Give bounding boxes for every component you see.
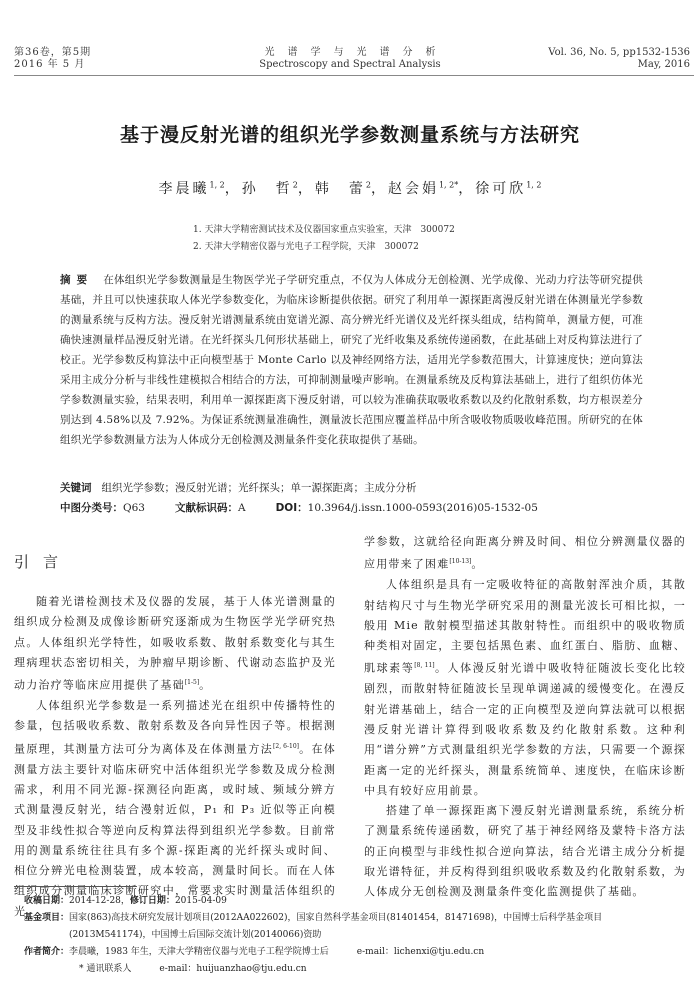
- author-bio-label: 作者简介：: [24, 947, 69, 957]
- abstract-text: 在体组织光学参数测量是生物医学光子学研究重点，不仅为人体成分无创检测、光学成像、…: [60, 274, 643, 446]
- author-affiliation-mark: 1, 2: [526, 180, 541, 189]
- footnote-dates: 收稿日期：2014-12-28，修订日期：2015-04-09: [24, 893, 696, 910]
- body-column-left: 随着光谱检测技术及仪器的发展，基于人体光谱测量的组织成分检测及成像诊断研究逐渐成…: [14, 592, 336, 922]
- paragraph-text-tail: 。人体漫反射光谱中吸收特征随波长变化比较剧烈，而散射特征随波长呈现单调递减的缓慢…: [364, 662, 686, 797]
- doi-value: 10.3964/j.issn.1000-0593(2016)05-1532-05: [308, 502, 538, 514]
- funding-line-1: 国家(863)高技术研究发展计划项目(2012AA022602)，国家自然科学基…: [69, 913, 602, 923]
- corresponding-label: * 通讯联系人: [79, 964, 131, 974]
- author-affiliation-mark: 1, 2: [210, 180, 225, 189]
- clc-value: Q63: [123, 502, 145, 514]
- corresponding-email[interactable]: e-mail：huijuanzhao@tju.edu.cn: [159, 964, 306, 974]
- doc-code-value: A: [238, 502, 246, 514]
- classification-line: 中图分类号：Q63文献标识码：ADOI：10.3964/j.issn.1000-…: [60, 499, 538, 517]
- doi-label: DOI：: [276, 502, 308, 514]
- revised-date: 2015-04-09: [175, 896, 227, 906]
- footnotes: 收稿日期：2014-12-28，修订日期：2015-04-09 基金项目： 国家…: [24, 893, 696, 978]
- abstract: 摘要在体组织光学参数测量是生物医学光子学研究重点，不仅为人体成分无创检测、光学成…: [60, 270, 643, 450]
- author-name: 韩 蕾: [315, 181, 366, 197]
- paragraph-text-tail: 。在体测量方法主要针对临床研究中活体组织光学参数及成分检测需求，利用不同光源-探…: [14, 742, 336, 917]
- clc-label: 中图分类号：: [60, 502, 123, 514]
- footnote-author-bio: 作者简介：李晨曦，1983 年生，天津大学精密仪器与光电子工程学院博士后e-ma…: [24, 944, 696, 961]
- header-divider: [14, 75, 694, 76]
- author-affiliation-mark: 2: [366, 180, 371, 189]
- volume-pages-en: Vol. 36, No. 5, pp1532-1536: [548, 47, 690, 59]
- funding-line-2: (2013M541174)，中国博士后国际交流计划(20140066)资助: [69, 930, 321, 940]
- paper-title: 基于漫反射光谱的组织光学参数测量系统与方法研究: [0, 120, 700, 147]
- revised-label: 修订日期：: [130, 896, 175, 906]
- paragraph-text: 搭建了单一源探距离下漫反射光谱测量系统，系统分析了测量系统传递函数，研究了基于神…: [364, 804, 686, 898]
- date-en: May, 2016: [548, 59, 690, 71]
- author-name: 赵会娟: [388, 181, 439, 197]
- abstract-label: 摘要: [60, 274, 93, 286]
- paragraph-text-tail: 。: [199, 679, 211, 692]
- paragraph-text-tail: 。: [471, 558, 483, 571]
- citation: [10-13]: [449, 558, 471, 565]
- citation: [1-5]: [185, 679, 199, 686]
- received-date: 2014-12-28: [69, 896, 121, 906]
- affiliation-1: 1. 天津大学精密测试技术及仪器国家重点实验室，天津 300072: [193, 222, 455, 239]
- author-name: 孙 哲: [242, 181, 293, 197]
- citation: [2, 6-10]: [273, 743, 299, 750]
- paragraph-text: 人体组织是具有一定吸收特征的高散射浑浊介质，其散射结构尺寸与生物光学研究采用的测…: [364, 578, 686, 675]
- paragraph: 人体组织光学参数是一系列描述光在组织中传播特性的参量，包括吸收系数、散射系数及各…: [14, 696, 336, 922]
- funding-label: 基金项目：: [24, 910, 69, 944]
- doc-code-label: 文献标识码：: [175, 502, 238, 514]
- author-email[interactable]: e-mail：lichenxi@tju.edu.cn: [357, 947, 484, 957]
- keywords-text: 组织光学参数；漫反射光谱；光纤探头；单一源探距离；主成分分析: [102, 482, 417, 494]
- paragraph-text: 学参数，这就给径向距离分辨及时间、相位分辨测量仪器的应用带来了困难: [364, 535, 686, 571]
- keywords: 关键词组织光学参数；漫反射光谱；光纤探头；单一源探距离；主成分分析: [60, 479, 417, 497]
- author-name: 李晨曦: [159, 181, 210, 197]
- body-column-right: 学参数，这就给径向距离分辨及时间、相位分辨测量仪器的应用带来了困难[10-13]…: [364, 532, 686, 903]
- received-label: 收稿日期：: [24, 896, 69, 906]
- citation: [8, 11]: [414, 662, 434, 669]
- section-heading-introduction: 引言: [14, 551, 72, 572]
- author-name: 徐可欣: [475, 181, 526, 197]
- author-list: 李晨曦1, 2，孙 哲2，韩 蕾2，赵会娟1, 2*，徐可欣1, 2: [0, 178, 700, 198]
- paragraph: 人体组织是具有一定吸收特征的高散射浑浊介质，其散射结构尺寸与生物光学研究采用的测…: [364, 575, 686, 801]
- funding-text: 国家(863)高技术研究发展计划项目(2012AA022602)，国家自然科学基…: [69, 910, 602, 944]
- paragraph: 学参数，这就给径向距离分辨及时间、相位分辨测量仪器的应用带来了困难[10-13]…: [364, 532, 686, 575]
- author-affiliation-mark: 1, 2*: [439, 180, 458, 189]
- affiliations: 1. 天津大学精密测试技术及仪器国家重点实验室，天津 300072 2. 天津大…: [193, 222, 455, 256]
- author-affiliation-mark: 2: [293, 180, 298, 189]
- keywords-label: 关键词: [60, 482, 92, 494]
- footnote-divider: [14, 886, 137, 887]
- author-bio-text: 李晨曦，1983 年生，天津大学精密仪器与光电子工程学院博士后: [69, 947, 329, 957]
- paragraph-text: 随着光谱检测技术及仪器的发展，基于人体光谱测量的组织成分检测及成像诊断研究逐渐成…: [14, 595, 336, 692]
- paragraph: 搭建了单一源探距离下漫反射光谱测量系统，系统分析了测量系统传递函数，研究了基于神…: [364, 801, 686, 902]
- footnote-funding: 基金项目： 国家(863)高技术研究发展计划项目(2012AA022602)，国…: [24, 910, 696, 944]
- affiliation-2: 2. 天津大学精密仪器与光电子工程学院，天津 300072: [193, 239, 455, 256]
- paragraph: 随着光谱检测技术及仪器的发展，基于人体光谱测量的组织成分检测及成像诊断研究逐渐成…: [14, 592, 336, 696]
- running-header-right: Vol. 36, No. 5, pp1532-1536 May, 2016: [548, 47, 690, 71]
- footnote-corresponding: * 通讯联系人e-mail：huijuanzhao@tju.edu.cn: [24, 961, 696, 978]
